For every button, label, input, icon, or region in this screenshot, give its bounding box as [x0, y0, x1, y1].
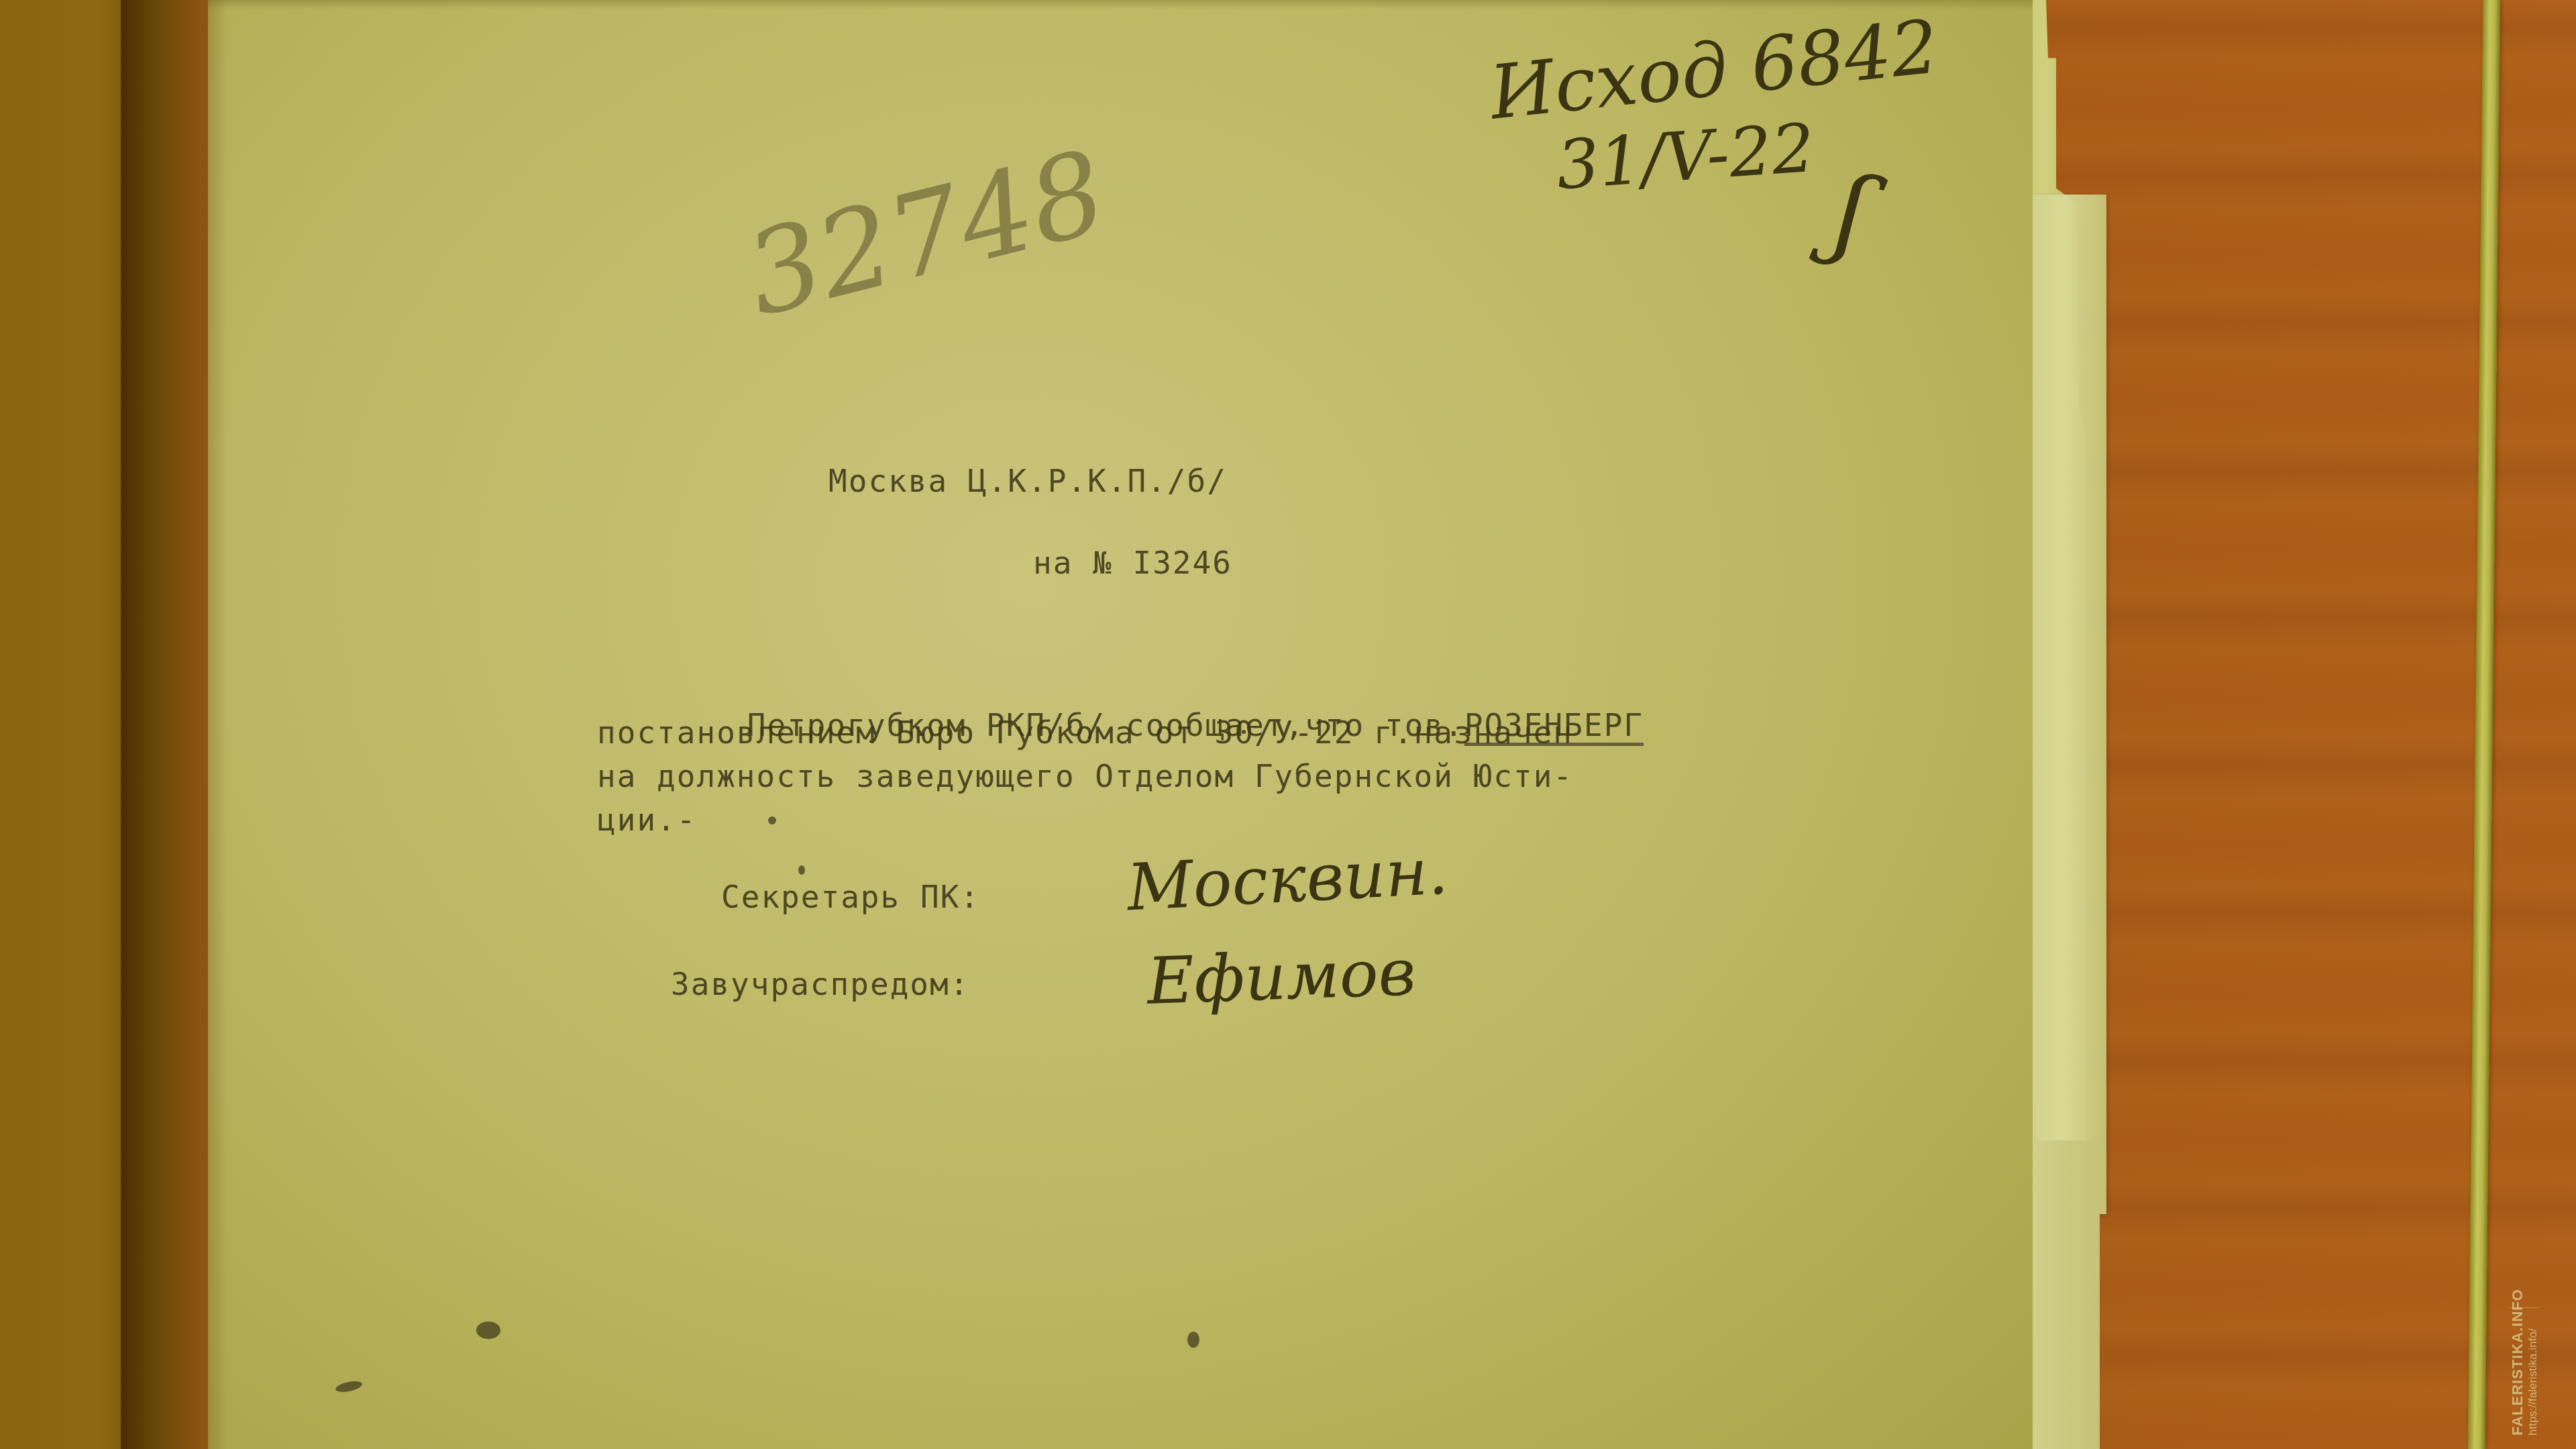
reference-number: на № I3246 [1033, 545, 1232, 581]
head-of-dept-label: Завучраспредом: [671, 966, 969, 1002]
paper-tape-strip-lower [2026, 1140, 2100, 1449]
photo-scene: 32748 Исход 6842 31/V-22 ʃ Москва Ц.К.Р.… [0, 0, 2576, 1449]
secretary-label: Секретарь ПК: [721, 879, 980, 915]
body-line-4: ции.- [597, 802, 696, 838]
body-line-3: на должность заведующего Отделом Губернс… [597, 758, 1573, 794]
ink-speck [798, 865, 805, 875]
addressee-line: Москва Ц.К.Р.К.П./б/ [828, 463, 1227, 499]
head-of-dept-signature: Ефимов [1146, 934, 1417, 1019]
page-top-edge [208, 0, 2033, 9]
left-page [0, 0, 141, 1449]
watermark-brand: FALERISTIKA.INFO [2509, 1308, 2526, 1436]
body-line-2: постановлением Бюро Губкома от 30/У-22 г… [597, 714, 1573, 751]
ink-stain [1187, 1332, 1199, 1348]
ink-speck [768, 816, 776, 824]
site-watermark: FALERISTIKA.INFO https://faleristika.inf… [2509, 1307, 2540, 1436]
ink-stain [476, 1322, 500, 1339]
binding-shadow [121, 0, 228, 1449]
watermark-url: https://faleristika.info/ [2526, 1308, 2540, 1436]
